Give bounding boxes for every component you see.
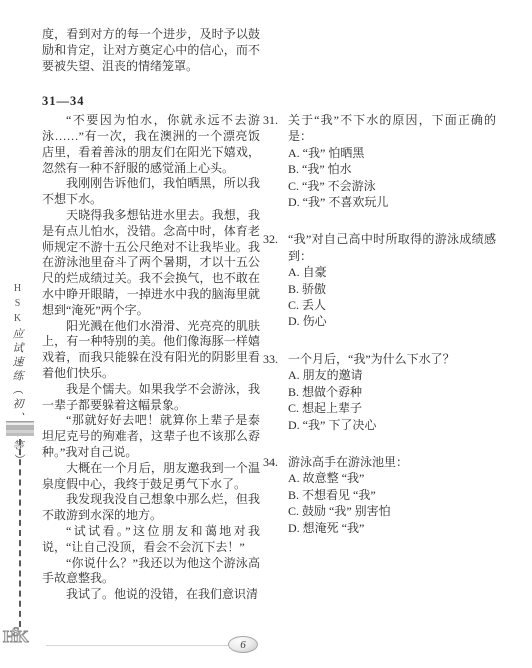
option-b: B. 不想看见 “我” — [288, 487, 509, 503]
question-number: 32. — [263, 231, 278, 247]
question-33: 33. 一个月后，“我”为什么下水了？ A. 朋友的邀请 B. 想做个孬种 C.… — [263, 351, 509, 433]
question-text: 游泳高手在游泳池里： — [288, 454, 496, 470]
hsk-logo: HSK — [3, 628, 28, 646]
passage-paragraph: 天晓得我多想钻进水里去。我想，我是有点儿怕水，没错。念高中时，体育老师规定不游十… — [42, 208, 260, 319]
passage-paragraph: “试试看。”这位朋友和蔼地对我说，“让自己没顶，看会不会沉下去！” — [42, 524, 260, 556]
passage-paragraph: 我刚刚告诉他们，我怕晒黑，所以我不想下水。 — [42, 176, 260, 208]
page-number-badge: 6 — [228, 636, 258, 653]
option-d: D. 想淹死 “我” — [288, 520, 509, 536]
option-a: A. 朋友的邀请 — [288, 367, 509, 383]
question-32: 32. “我”对自己高中时所取得的游泳成绩感到： A. 自豪 B. 骄傲 C. … — [263, 231, 509, 329]
passage-paragraph: “你说什么？”我还以为他这个游泳高手故意整我。 — [42, 556, 260, 588]
option-d: D. 伤心 — [288, 313, 509, 329]
book-page: HSK应试速练（初、中等） HSK 度，看到对方的每一个进步，及时予以鼓励和肯定… — [0, 0, 532, 668]
question-text: 关于“我”不下水的原因，下面正确的是： — [288, 112, 496, 145]
question-31: 31. 关于“我”不下水的原因，下面正确的是： A. “我” 怕晒黑 B. “我… — [263, 112, 509, 210]
question-text: “我”对自己高中时所取得的游泳成绩感到： — [288, 231, 496, 264]
passage-paragraph: 我是个懦夫。如果我学不会游泳，我一辈子都要躲着这幅景象。 — [42, 382, 260, 414]
option-d: D. “我” 不喜欢玩儿 — [288, 194, 509, 210]
hsk-logo-letter-s: S — [12, 624, 18, 639]
passage-paragraph: 阳光溅在他们水滑滑、光亮亮的肌肤上，有一种特别的美。他们像海豚一样嬉戏着，而我只… — [42, 319, 260, 382]
sidebar-series-latin: HSK — [12, 283, 23, 328]
footer-rule — [46, 645, 229, 646]
option-c: C. 鼓励 “我” 别害怕 — [288, 503, 509, 519]
question-34: 34. 游泳高手在游泳池里： A. 故意整 “我” B. 不想看见 “我” C.… — [263, 454, 509, 536]
passage-paragraph: “那就好好去吧！就算你上辈子是泰坦尼克号的殉难者，这辈子也不该那么孬种。”我对自… — [42, 413, 260, 460]
section-heading: 31—34 — [42, 94, 260, 110]
passage-paragraph: 大概在一个月后，朋友邀我到一个温泉度假中心，我终于鼓足勇气下水了。 — [42, 461, 260, 493]
option-d: D. “我” 下了决心 — [288, 417, 509, 433]
option-a: A. 自豪 — [288, 264, 509, 280]
option-c: C. 丢人 — [288, 297, 509, 313]
passage-paragraph: 我试了。他说的没错，在我们意识清 — [42, 587, 260, 603]
sidebar-dashed-line — [19, 439, 21, 627]
question-number: 33. — [263, 351, 278, 367]
passage-column: 度，看到对方的每一个进步，及时予以鼓励和肯定，让对方奠定心中的信心，而不要被失望… — [42, 27, 260, 603]
intro-paragraph: 度，看到对方的每一个进步，及时予以鼓励和肯定，让对方奠定心中的信心，而不要被失望… — [42, 27, 260, 74]
questions-column: 31. 关于“我”不下水的原因，下面正确的是： A. “我” 怕晒黑 B. “我… — [263, 112, 509, 557]
option-b: B. 想做个孬种 — [288, 384, 509, 400]
option-c: C. 想起上辈子 — [288, 400, 509, 416]
passage-paragraph: “不要因为怕水，你就永远不去游泳……”有一次，我在澳洲的一个漂亮饭店里，看着善泳… — [42, 113, 260, 176]
option-a: A. “我” 怕晒黑 — [288, 145, 509, 161]
question-number: 31. — [263, 112, 278, 128]
option-c: C. “我” 不会游泳 — [288, 178, 509, 194]
sidebar-series-name: 应试速练 — [11, 328, 23, 384]
question-number: 34. — [263, 454, 278, 470]
option-b: B. “我” 怕水 — [288, 161, 509, 177]
sidebar-stripes-decoration — [6, 421, 34, 436]
option-b: B. 骄傲 — [288, 281, 509, 297]
passage-paragraph: 我发现我没自己想象中那么烂，但我不敢游到水深的地方。 — [42, 492, 260, 524]
question-text: 一个月后，“我”为什么下水了？ — [288, 351, 496, 367]
option-a: A. 故意整 “我” — [288, 470, 509, 486]
